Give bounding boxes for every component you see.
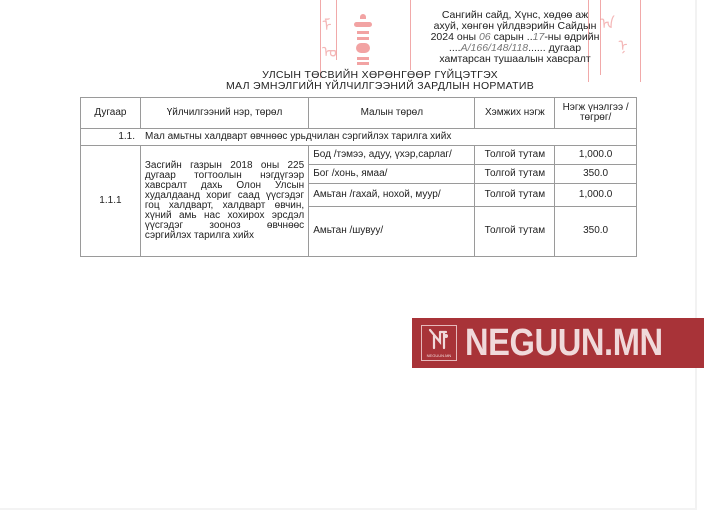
group-number: 1.1.1 — [81, 146, 141, 257]
table-header-row: Дугаар Үйлчилгээний нэр, төрөл Малын төр… — [81, 98, 637, 129]
stamp-script-icon: ᠮ — [322, 8, 332, 36]
table-row: 1.1.1 Засгийн газрын 2018 оны 225 дугаар… — [81, 146, 637, 165]
service-name: Засгийн газрын 2018 оны 225 дугаар тогто… — [140, 146, 308, 257]
header-animal-type: Малын төрөл — [309, 98, 475, 129]
unit: Толгой тутам — [475, 146, 555, 165]
animal-type: Бод /тэмээ, адуу, үхэр,сарлаг/ — [309, 146, 475, 165]
neguun-logo-glyph-icon — [426, 328, 452, 352]
animal-type: Амьтан /шувуу/ — [309, 207, 475, 257]
neguun-logo-icon: NEGUUN.MN — [421, 325, 457, 361]
animal-type: Бог /хонь, ямаа/ — [309, 165, 475, 184]
approval-note: Сангийн сайд, Хүнс, хөдөө аж ахуй, хөнгө… — [380, 10, 650, 65]
logo-caption: NEGUUN.MN — [422, 353, 456, 358]
section-row: 1.1.Мал амьтны халдварт өвчнөөс урьдчила… — [81, 129, 637, 146]
animal-type: Амьтан /гахай, нохой, муур/ — [309, 184, 475, 207]
normative-table: Дугаар Үйлчилгээний нэр, төрөл Малын төр… — [80, 97, 637, 257]
stamp-script-icon: ᠣ — [322, 34, 337, 62]
unit: Толгой тутам — [475, 165, 555, 184]
header-unit-price: Нэгж үнэлгээ /төгрөг/ — [555, 98, 637, 129]
neguun-watermark-banner: NEGUUN.MN NEGUUN.MN — [412, 318, 704, 368]
section-title: Мал амьтны халдварт өвчнөөс урьдчилан сэ… — [145, 131, 451, 142]
brand-name: NEGUUN.MN — [465, 322, 663, 365]
page-bottom-edge — [0, 508, 697, 510]
header-unit: Хэмжих нэгж — [475, 98, 555, 129]
unit-price: 1,000.0 — [555, 146, 637, 165]
header-service: Үйлчилгээний нэр, төрөл — [140, 98, 308, 129]
approval-line-5: хамтарсан тушаалын хавсралт — [380, 54, 650, 65]
document-title: УЛСЫН ТӨСВИЙН ХӨРӨНГӨӨР ГҮЙЦЭТГЭХ МАЛ ЭМ… — [120, 70, 640, 91]
title-line-2: МАЛ ЭМНЭЛГИЙН ҮЙЛЧИЛГЭЭНИЙ ЗАРДЛЫН НОРМА… — [120, 81, 640, 92]
section-number: 1.1. — [85, 132, 135, 143]
header-number: Дугаар — [81, 98, 141, 129]
soyombo-emblem-icon — [354, 14, 372, 66]
unit: Толгой тутам — [475, 184, 555, 207]
title-line-1: УЛСЫН ТӨСВИЙН ХӨРӨНГӨӨР ГҮЙЦЭТГЭХ — [120, 70, 640, 81]
unit: Толгой тутам — [475, 207, 555, 257]
page-edge — [695, 0, 697, 510]
unit-price: 350.0 — [555, 165, 637, 184]
unit-price: 1,000.0 — [555, 184, 637, 207]
unit-price: 350.0 — [555, 207, 637, 257]
